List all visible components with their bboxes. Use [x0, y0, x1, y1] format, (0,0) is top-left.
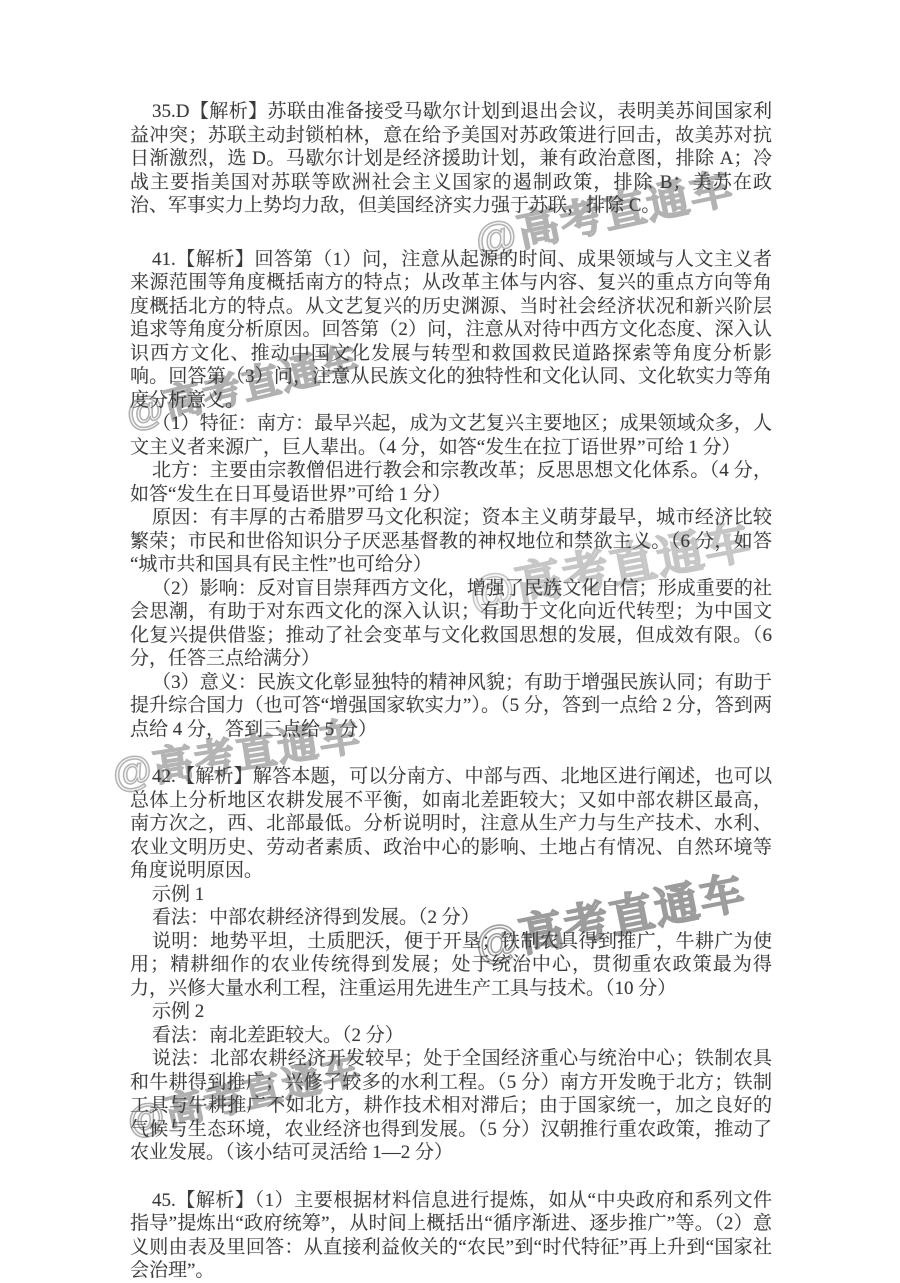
answer-41-part3-significance: （3）意义：民族文化彰显独特的精神风貌；有助于增强民族认同；有助于提升综合国力（… [130, 671, 772, 742]
answer-41-part1-reason: 原因：有丰厚的古希腊罗马文化积淀；资本主义萌芽最早，城市经济比较繁荣；市民和世俗… [130, 506, 772, 577]
answer-41-part1-south: （1）特征：南方：最早兴起，成为文艺复兴主要地区；成果领域众多，人文主义者来源广… [130, 412, 772, 459]
document-body: 35.D【解析】苏联由准备接受马歇尔计划到退出会议，表明美苏间国家利益冲突；苏联… [130, 100, 772, 1272]
answer-42-example1-explanation: 说明：地势平坦，土质肥沃，便于开垦；铁制农具得到推广，牛耕广为使用；精耕细作的农… [130, 930, 772, 1001]
answer-42-example2-explanation: 说法：北部农耕经济开发较早；处于全国经济重心与统治中心；铁制农具和牛耕得到推广；… [130, 1047, 772, 1165]
answer-42-example2-label: 示例 2 [130, 1000, 772, 1024]
answer-42-analysis: 42.【解析】解答本题，可以分南方、中部与西、北地区进行阐述，也可以总体上分析地… [130, 765, 772, 883]
answer-41-part1-north: 北方：主要由宗教僧侣进行教会和宗教改革；反思思想文化体系。（4 分，如答“发生在… [130, 459, 772, 506]
answer-42-example1-label: 示例 1 [130, 883, 772, 907]
answer-41-analysis: 41.【解析】回答第（1）问，注意从起源的时间、成果领域与人文主义者来源范围等角… [130, 248, 772, 413]
answer-42-example1-view: 看法：中部农耕经济得到发展。（2 分） [130, 906, 772, 930]
scanned-answer-page: @高考直通车 @高考直通车 @高考直通车 @高考直通车 @高考直通车 @高考直通… [0, 0, 900, 1272]
answer-42-example2-view: 看法：南北差距较大。（2 分） [130, 1024, 772, 1048]
answer-41-part2-influence: （2）影响：反对盲目崇拜西方文化，增强了民族文化自信；形成重要的社会思潮，有助于… [130, 577, 772, 671]
answer-35-analysis: 35.D【解析】苏联由准备接受马歇尔计划到退出会议，表明美苏间国家利益冲突；苏联… [130, 100, 772, 218]
answer-45-analysis: 45.【解析】（1）主要根据材料信息进行提炼，如从“中央政府和系列文件指导”提炼… [130, 1189, 772, 1273]
